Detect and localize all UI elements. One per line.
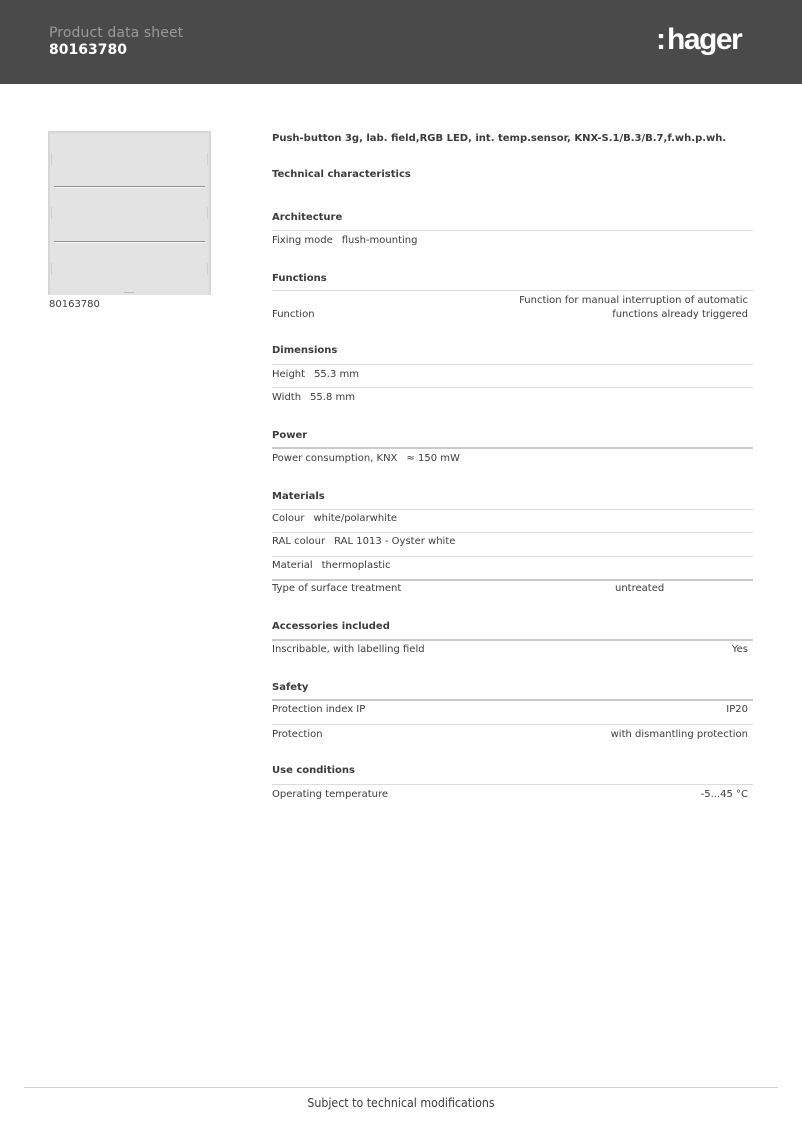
characteristics-heading: Technical characteristics bbox=[272, 169, 411, 180]
spec-row: RAL colourRAL 1013 - Oyster white bbox=[272, 536, 753, 547]
spec-label: Type of surface treatment bbox=[272, 583, 401, 594]
spec-label: Power consumption, KNX bbox=[272, 453, 397, 464]
divider bbox=[272, 364, 753, 365]
spec-row: Height55.3 mm bbox=[272, 369, 753, 380]
spec-row: Materialthermoplastic bbox=[272, 560, 753, 571]
logo-colon-mark: : bbox=[656, 23, 666, 56]
spec-row: Type of surface treatment untreated bbox=[272, 583, 753, 594]
spec-row: Width55.8 mm bbox=[272, 392, 753, 403]
section-heading-materials: Materials bbox=[272, 491, 325, 502]
spec-value: -5...45 °C bbox=[701, 789, 748, 800]
spec-label: Height bbox=[272, 369, 305, 380]
divider bbox=[272, 387, 753, 388]
spec-label: Operating temperature bbox=[272, 789, 388, 800]
spec-label: Colour bbox=[272, 513, 304, 524]
product-number-heading: 80163780 bbox=[49, 42, 127, 58]
rocker-middle bbox=[50, 188, 209, 241]
document-type-label: Product data sheet bbox=[49, 25, 183, 41]
spec-value: flush-mounting bbox=[342, 235, 418, 246]
divider bbox=[272, 724, 753, 725]
spec-value: IP20 bbox=[726, 704, 748, 715]
spec-value: Yes bbox=[732, 644, 748, 655]
spec-row: Protection index IP IP20 bbox=[272, 704, 753, 715]
spec-value: white/polarwhite bbox=[313, 513, 397, 524]
edge-mark bbox=[51, 263, 52, 275]
edge-mark bbox=[207, 263, 208, 275]
product-title: Push-button 3g, lab. field,RGB LED, int.… bbox=[272, 133, 726, 144]
divider bbox=[272, 290, 753, 291]
section-heading-accessories: Accessories included bbox=[272, 621, 390, 632]
spec-row: Fixing modeflush-mounting bbox=[272, 235, 753, 246]
spec-label: Material bbox=[272, 560, 313, 571]
spec-label: Protection index IP bbox=[272, 704, 365, 715]
divider bbox=[272, 532, 753, 533]
hager-logo: :hager bbox=[656, 22, 741, 58]
spec-value: untreated bbox=[615, 583, 664, 594]
edge-mark bbox=[51, 153, 52, 165]
edge-mark bbox=[207, 207, 208, 219]
spec-value-line: Function for manual interruption of auto… bbox=[519, 294, 748, 308]
spec-label: Inscribable, with labelling field bbox=[272, 644, 425, 655]
image-caption: 80163780 bbox=[49, 299, 100, 310]
spec-row: Operating temperature -5...45 °C bbox=[272, 789, 753, 800]
divider bbox=[272, 579, 753, 581]
spec-row: Inscribable, with labelling field Yes bbox=[272, 644, 753, 655]
divider bbox=[272, 509, 753, 510]
divider bbox=[272, 556, 753, 557]
rocker-top bbox=[50, 133, 209, 186]
footer-divider bbox=[24, 1087, 778, 1088]
divider bbox=[272, 699, 753, 701]
section-heading-functions: Functions bbox=[272, 273, 327, 284]
spec-value-line: functions already triggered bbox=[519, 308, 748, 322]
spec-value: ≈ 150 mW bbox=[406, 453, 459, 464]
page-header: Product data sheet 80163780 :hager bbox=[0, 0, 802, 84]
edge-mark bbox=[51, 207, 52, 219]
release-notch bbox=[124, 292, 134, 293]
divider bbox=[272, 784, 753, 785]
spec-label: Fixing mode bbox=[272, 235, 333, 246]
edge-mark bbox=[207, 153, 208, 165]
section-heading-use-conditions: Use conditions bbox=[272, 765, 355, 776]
divider bbox=[272, 447, 753, 449]
spec-row: Protection with dismantling protection bbox=[272, 729, 753, 740]
spec-value: 55.8 mm bbox=[310, 392, 355, 403]
section-heading-dimensions: Dimensions bbox=[272, 345, 337, 356]
rocker-bottom bbox=[50, 243, 209, 295]
spec-label: RAL colour bbox=[272, 536, 325, 547]
spec-label: Protection bbox=[272, 729, 323, 740]
spec-value: with dismantling protection bbox=[611, 729, 748, 740]
spec-row: Colourwhite/polarwhite bbox=[272, 513, 753, 524]
logo-wordmark: hager bbox=[667, 23, 741, 56]
section-heading-safety: Safety bbox=[272, 682, 308, 693]
spec-value: 55.3 mm bbox=[314, 369, 359, 380]
spec-value: thermoplastic bbox=[322, 560, 391, 571]
divider bbox=[272, 230, 753, 231]
spec-label: Width bbox=[272, 392, 301, 403]
spec-label: Function bbox=[272, 309, 315, 320]
spec-row: Power consumption, KNX≈ 150 mW bbox=[272, 453, 753, 464]
section-heading-architecture: Architecture bbox=[272, 212, 342, 223]
spec-value: RAL 1013 - Oyster white bbox=[334, 536, 455, 547]
footer-disclaimer: Subject to technical modifications bbox=[32, 1096, 770, 1110]
product-image bbox=[48, 131, 211, 295]
divider bbox=[272, 639, 753, 641]
spec-value-multiline: Function for manual interruption of auto… bbox=[519, 294, 748, 322]
section-heading-power: Power bbox=[272, 430, 307, 441]
